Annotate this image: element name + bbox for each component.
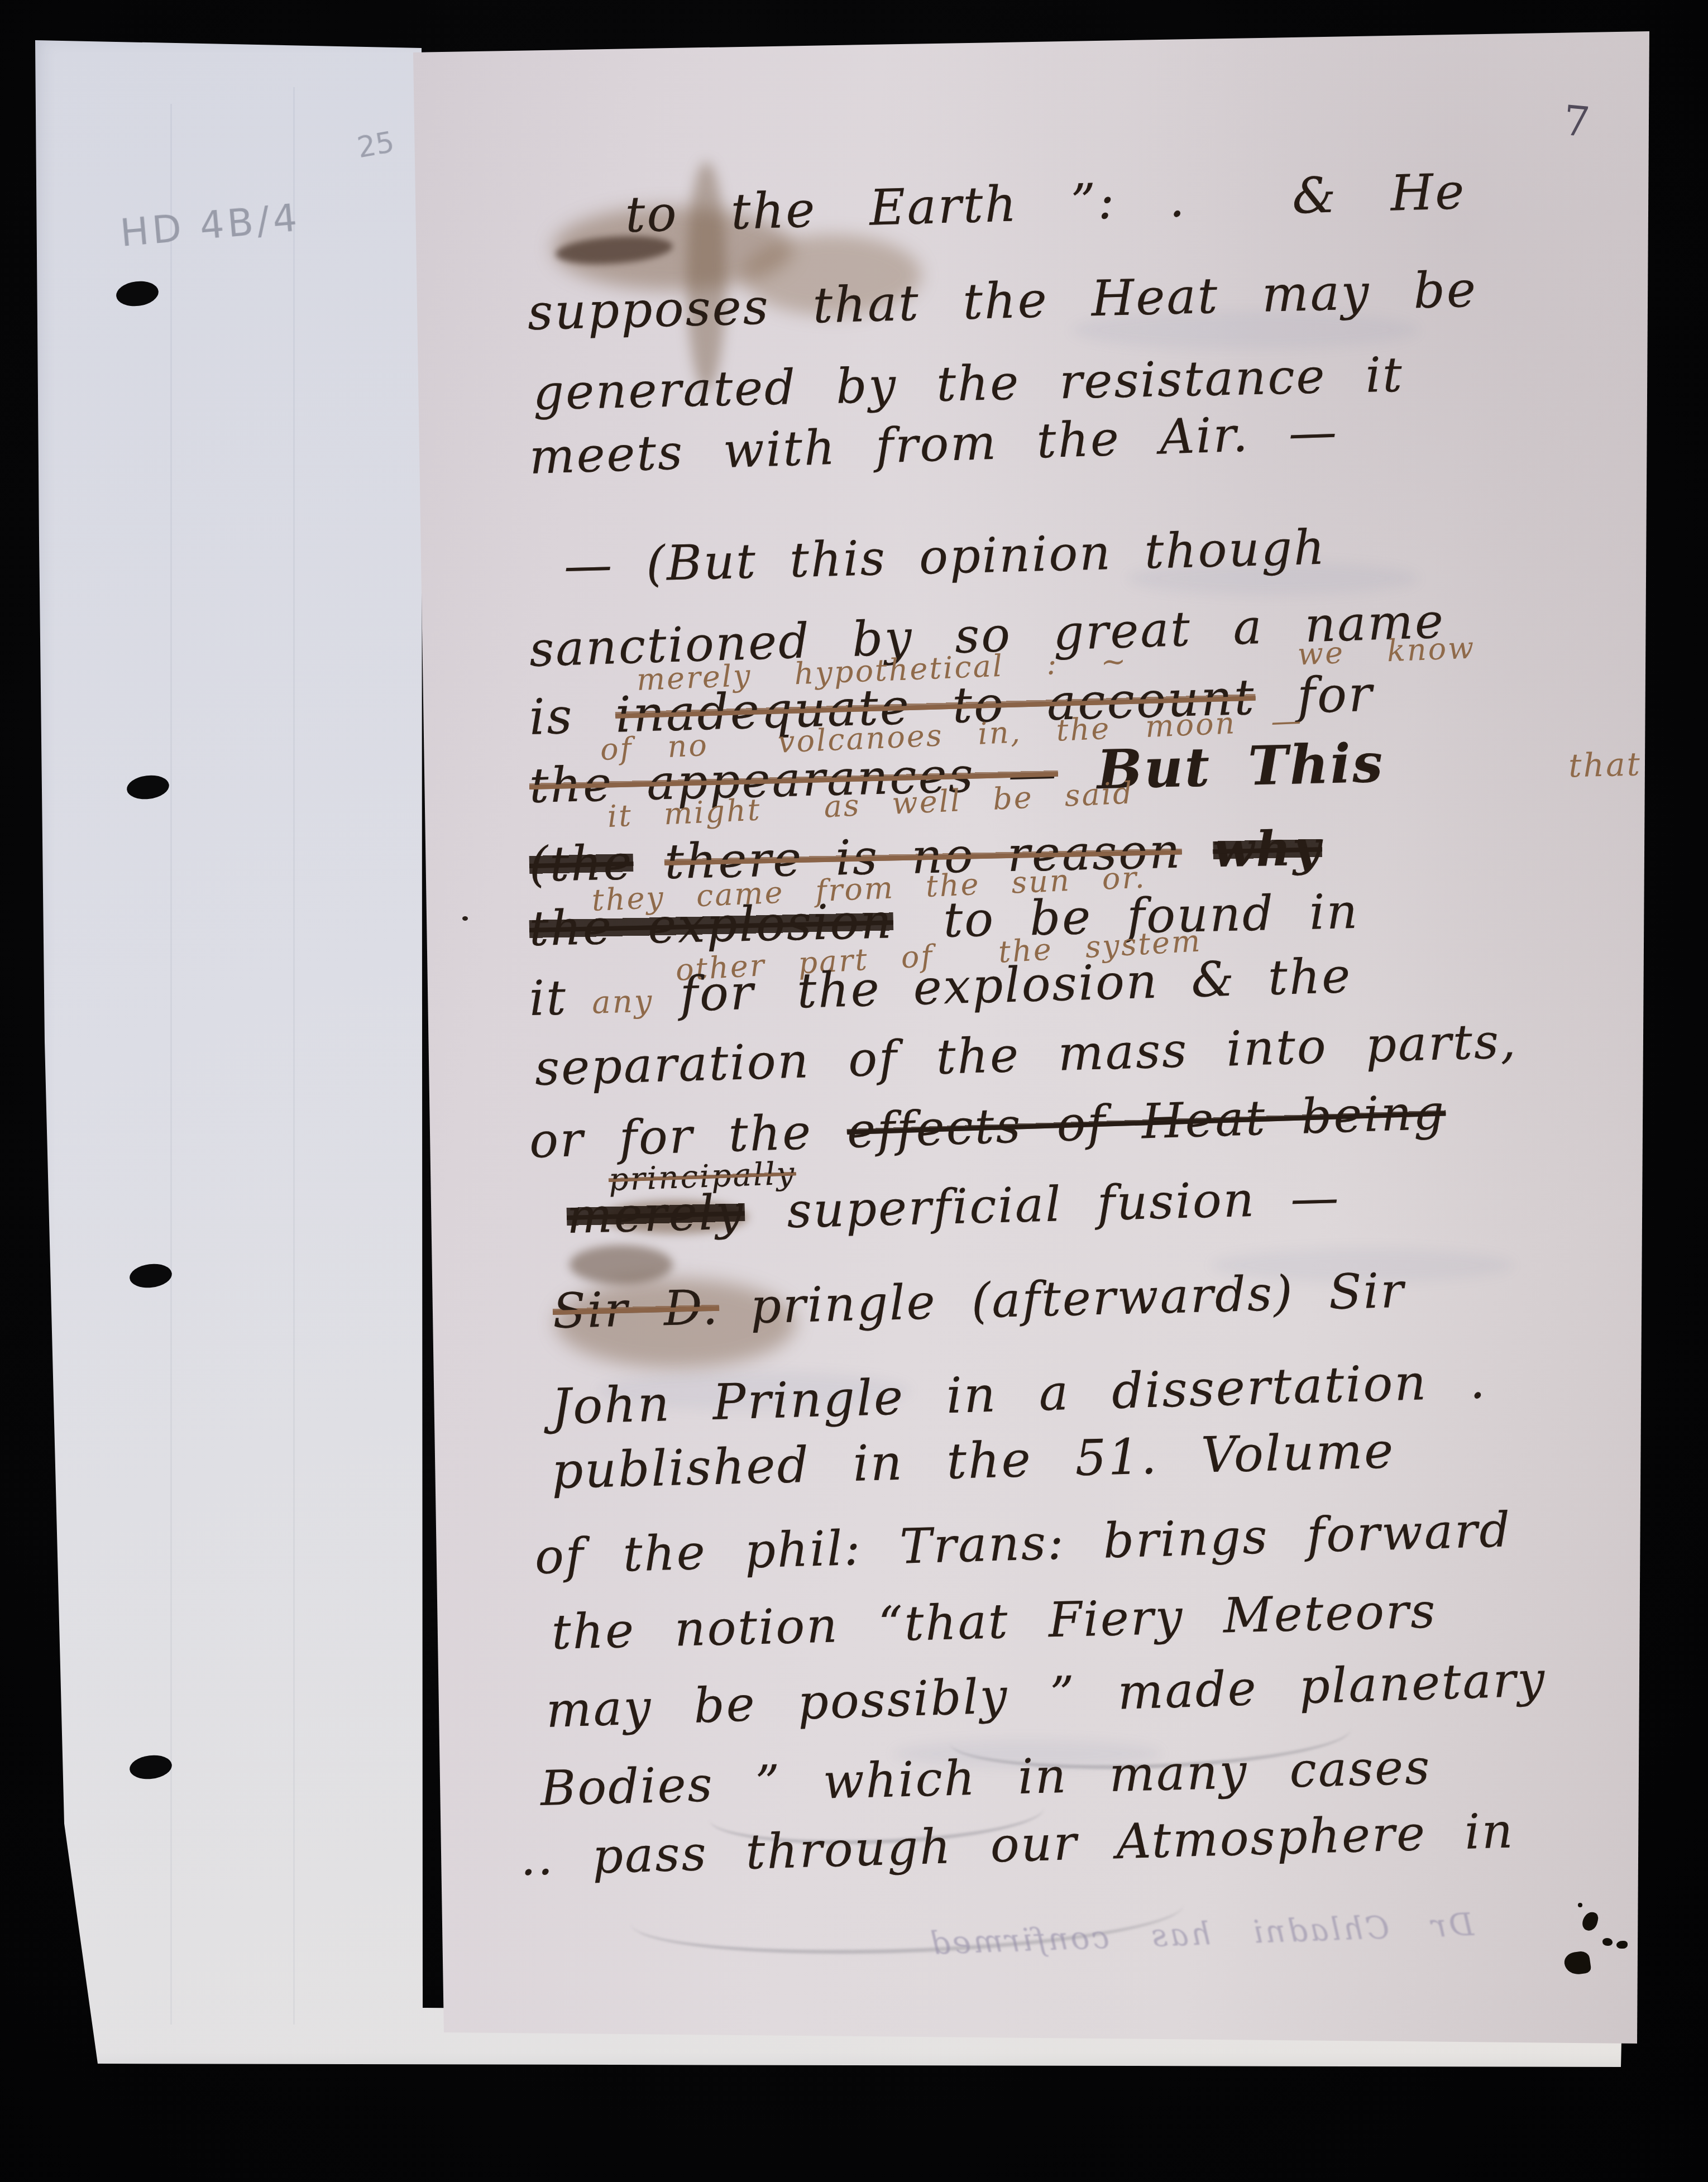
manuscript-line: John Pringle in a dissertation . <box>551 1356 1487 1432</box>
manuscript-line: .. pass through our Atmosphere in <box>520 1807 1515 1883</box>
ink-blot <box>1578 1903 1582 1907</box>
manuscript-line: itanyforthe explosion & the <box>529 952 1352 1023</box>
manuscript-line: separation of the mass into parts, <box>534 1017 1518 1093</box>
handwritten-text: separation of the mass into parts, <box>534 1013 1518 1097</box>
handwritten-text: that <box>1568 745 1642 784</box>
manuscript-photo: HD 4B/4 25 7 to the Earth ”: . & Hesuppo… <box>0 0 1708 2182</box>
folio-number-pencil: 25 <box>355 126 397 165</box>
ink-blot <box>1581 1910 1599 1932</box>
manuscript-line: Sir D.pringle (afterwards) Sir <box>552 1267 1405 1336</box>
ink-blot <box>1602 1938 1613 1946</box>
manuscript-line: or for the effects of Heat being <box>529 1088 1447 1165</box>
handwritten-text: published in the 51. Volume <box>551 1422 1396 1500</box>
handwritten-text: for <box>680 965 755 1023</box>
manuscript-page: 7 to the Earth ”: . & Hesupposes that th… <box>413 31 1649 2044</box>
paper-crease <box>170 104 172 2025</box>
archival-reference-pencil: HD 4B/4 <box>118 196 302 256</box>
handwritten-text: any <box>591 983 654 1021</box>
handwritten-text: merely <box>566 1184 745 1245</box>
manuscript-line: meets with from the Air. — <box>529 408 1339 481</box>
manuscript-line: the notion “that Fiery Meteors <box>551 1587 1437 1657</box>
ink-dot <box>462 916 468 921</box>
handwritten-text: why <box>1212 820 1323 878</box>
ink-blot <box>1616 1941 1628 1949</box>
handwritten-text: effects of Heat being <box>846 1084 1447 1159</box>
ink-smear-merely <box>570 1245 673 1284</box>
manuscript-line: to the Earth ”: . & He <box>625 167 1467 240</box>
manuscript-line: published in the 51. Volume <box>551 1426 1395 1496</box>
handwritten-text: But This <box>1096 731 1385 802</box>
handwritten-text: superficial fusion — <box>786 1170 1341 1239</box>
punch-hole <box>128 1262 174 1290</box>
paper-crease <box>293 87 295 2025</box>
handwritten-text: Bodies ” which in many cases <box>540 1739 1432 1817</box>
manuscript-line: Bodies ” which in many cases <box>540 1743 1432 1813</box>
page-number-ink: 7 <box>1561 97 1591 147</box>
handwritten-text: the notion “that Fiery Meteors <box>551 1583 1438 1661</box>
manuscript-line: of the phil: Trans: brings forward <box>534 1506 1513 1581</box>
handwritten-text: pringle (afterwards) Sir <box>750 1263 1406 1335</box>
handwritten-text: to the Earth ”: . & He <box>625 162 1467 243</box>
ink-blot <box>1563 1950 1591 1976</box>
punch-hole <box>115 279 160 309</box>
punch-hole <box>126 773 171 802</box>
punch-hole <box>128 1753 174 1782</box>
manuscript-line: may be possibly ” made planetary <box>546 1655 1547 1735</box>
handwritten-text: of the phil: Trans: brings forward <box>534 1502 1513 1585</box>
handwritten-text: it <box>529 970 568 1027</box>
handwritten-text: Sir D. <box>552 1280 720 1339</box>
